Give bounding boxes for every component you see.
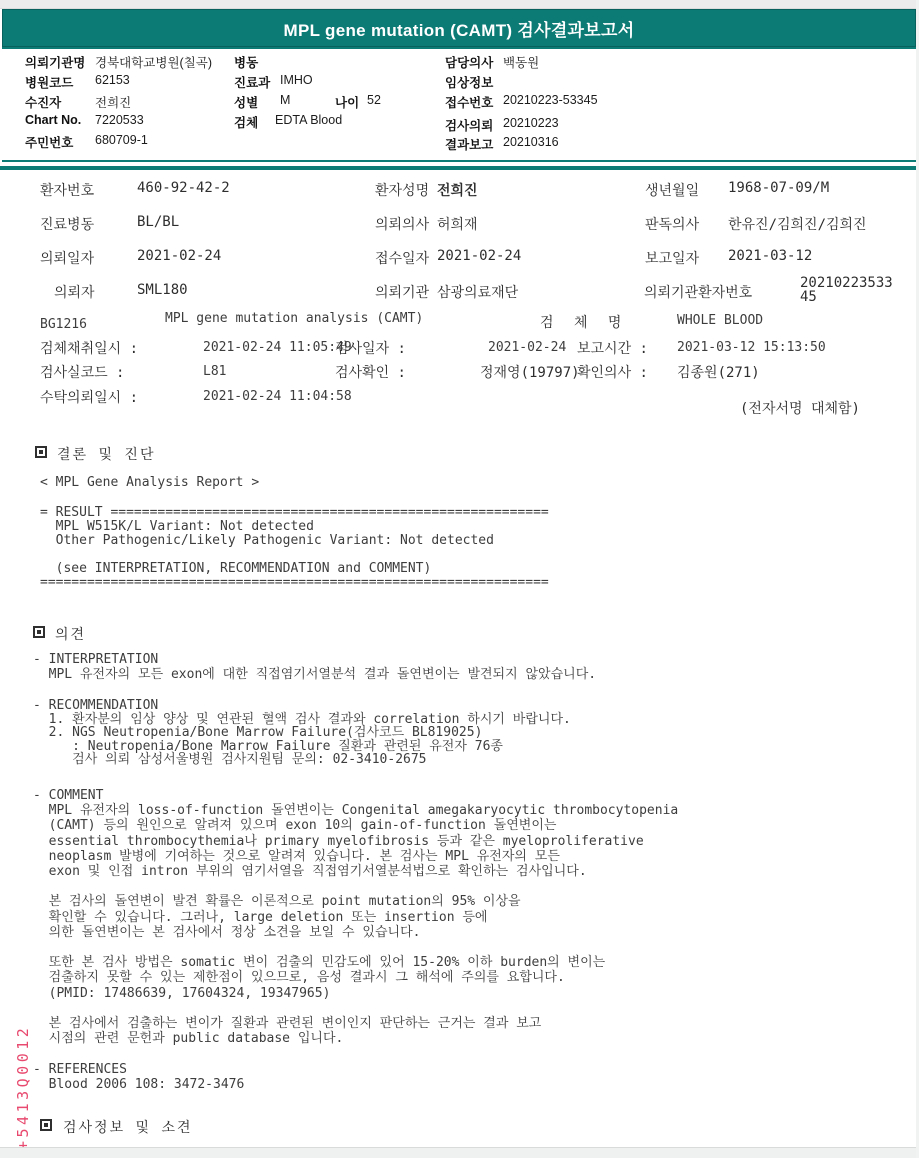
section-marker-icon xyxy=(33,626,45,638)
page-curl-artifact xyxy=(0,432,10,464)
page-curl-artifact xyxy=(0,790,10,822)
test-field-label: 검사실코드 : xyxy=(40,362,124,382)
field-value: 62153 xyxy=(95,73,130,87)
section-marker-icon xyxy=(40,1119,52,1131)
test-field-label: 검사확인 : xyxy=(335,362,406,382)
field-label: 담당의사 xyxy=(445,53,493,71)
field-label: 주민번호 xyxy=(25,133,73,151)
patient-value: BL/BL xyxy=(137,214,179,230)
section-divider xyxy=(0,166,919,170)
window-top-edge xyxy=(0,0,919,9)
patient-label: 환자성명 xyxy=(375,180,429,200)
field-label: 검체 xyxy=(234,113,258,131)
field-value: 7220533 xyxy=(95,113,144,127)
patient-label: 생년월일 xyxy=(645,180,699,200)
field-label: 나이 xyxy=(335,93,359,111)
field-label: 수진자 xyxy=(25,93,61,111)
specimen-value: WHOLE BLOOD xyxy=(677,314,763,328)
field-value: M xyxy=(280,93,290,107)
test-field-label: 수탁의뢰일시 : xyxy=(40,387,138,407)
field-label: Chart No. xyxy=(25,113,81,127)
result-block: = RESULT ===============================… xyxy=(40,506,549,590)
test-field-value: 2021-03-12 15:13:50 xyxy=(677,341,826,355)
test-field-label: 검체채취일시 : xyxy=(40,338,138,358)
report-title-bar: MPL gene mutation (CAMT) 검사결과보고서 xyxy=(2,9,916,47)
patient-value: 2021-03-12 xyxy=(728,248,812,264)
test-field-value: L81 xyxy=(203,365,226,379)
window-bottom-edge xyxy=(0,1147,919,1158)
field-label: 성별 xyxy=(234,93,258,111)
test-code: BG1216 xyxy=(40,318,87,332)
page-title: MPL gene mutation (CAMT) 검사결과보고서 xyxy=(284,16,635,41)
patient-label: 의뢰기관 xyxy=(375,282,429,302)
patient-value: 1968-07-09/M xyxy=(728,180,829,196)
field-value: 백동원 xyxy=(503,53,539,71)
patient-value: 한유진/김희진/김희진 xyxy=(728,214,867,234)
page-curl-artifact xyxy=(0,614,10,646)
section-title-test-info: 검사정보 및 소견 xyxy=(63,1117,193,1137)
patient-label: 진료병동 xyxy=(40,214,94,234)
field-value: 20210316 xyxy=(503,135,559,149)
patient-label: 보고일자 xyxy=(645,248,699,268)
field-value: 전희진 xyxy=(95,93,131,111)
test-name: MPL gene mutation analysis (CAMT) xyxy=(165,312,423,326)
recommendation-block: - RECOMMENDATION 1. 환자분의 임상 양상 및 연관된 혈액 … xyxy=(33,699,571,767)
field-value: 경북대학교병원(칠곡) xyxy=(95,53,212,71)
patient-label: 의뢰의사 xyxy=(375,214,429,234)
test-field-value: 정재영(19797) xyxy=(480,362,580,382)
patient-label: 환자번호 xyxy=(40,180,94,200)
section-title-conclusion: 결론 및 진단 xyxy=(57,444,155,464)
patient-label: 접수일자 xyxy=(375,248,429,268)
field-value: 20210223-53345 xyxy=(503,93,598,107)
report-heading: < MPL Gene Analysis Report > xyxy=(40,476,259,490)
patient-label: 판독의사 xyxy=(645,214,699,234)
patient-value: 삼광의료재단 xyxy=(437,282,518,302)
field-value: 52 xyxy=(367,93,381,107)
section-marker-icon xyxy=(35,446,47,458)
report-page: MPL gene mutation (CAMT) 검사결과보고서 의뢰기관명 경… xyxy=(0,0,919,1158)
field-label: 진료과 xyxy=(234,73,270,91)
patient-value: 460-92-42-2 xyxy=(137,180,230,196)
patient-value: 허희재 xyxy=(437,214,478,234)
test-field-label: 검사일자 : xyxy=(335,338,406,358)
patient-value: 2021-02-24 xyxy=(137,248,221,264)
test-field-label: 보고시간 : xyxy=(577,338,648,358)
test-field-value: 김종원(271) xyxy=(677,362,760,382)
field-label: 병동 xyxy=(234,53,258,71)
test-field-label: 확인의사 : xyxy=(577,362,648,382)
field-label: 의뢰기관명 xyxy=(25,53,85,71)
patient-label: 의뢰자 xyxy=(54,282,95,302)
patient-name-value: 전희진 xyxy=(437,180,478,200)
patient-value: SML180 xyxy=(137,282,188,298)
field-label: 검사의뢰 xyxy=(445,116,493,134)
field-label: 임상정보 xyxy=(445,73,493,91)
field-label: 결과보고 xyxy=(445,135,493,153)
comment-block: - COMMENT MPL 유전자의 loss-of-function 돌연변이… xyxy=(33,788,678,1092)
field-value: 20210223 xyxy=(503,116,559,130)
field-value: IMHO xyxy=(280,73,313,87)
patient-label: 의뢰일자 xyxy=(40,248,94,268)
test-field-value: 2021-02-24 xyxy=(488,341,566,355)
field-label: 접수번호 xyxy=(445,93,493,111)
specimen-label: 검 체 명 xyxy=(540,312,627,332)
interpretation-block: - INTERPRETATION MPL 유전자의 모든 exon에 대한 직접… xyxy=(33,652,596,682)
patient-value: 2021-02-24 xyxy=(437,248,521,264)
section-title-opinion: 의견 xyxy=(55,624,86,644)
field-label: 병원코드 xyxy=(25,73,73,91)
field-value: 680709-1 xyxy=(95,133,148,147)
test-field-value: 2021-02-24 11:05:49 xyxy=(203,341,352,355)
field-value: EDTA Blood xyxy=(275,113,342,127)
specimen-side-code: +5413Q0012 xyxy=(14,1025,32,1150)
patient-label: 의뢰기관환자번호 xyxy=(644,282,752,302)
patient-value: 2021022353345 xyxy=(800,276,900,304)
signature-note: (전자서명 대체함) xyxy=(740,398,860,418)
test-field-value: 2021-02-24 11:04:58 xyxy=(203,390,352,404)
